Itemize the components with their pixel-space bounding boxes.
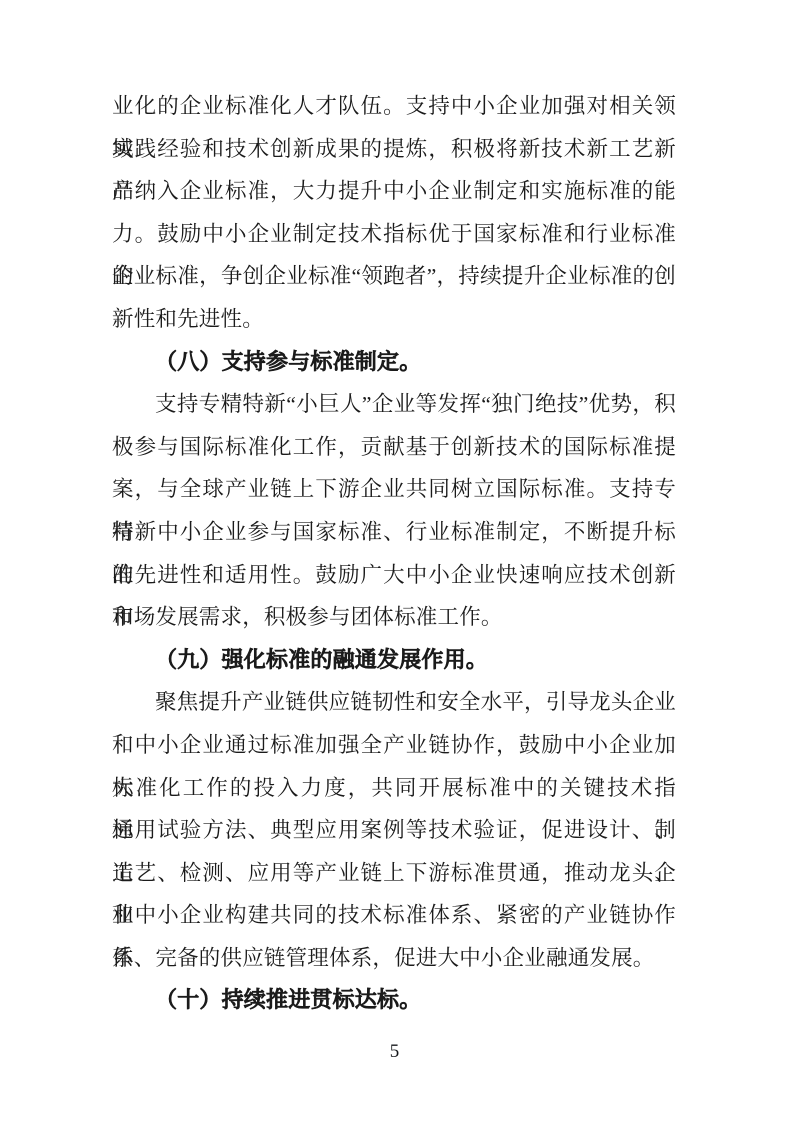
body-text-line: 品纳入企业标准，大力提升中小企业制定和实施标准的能: [112, 170, 676, 213]
body-text-line: 极参与国际标准化工作，贡献基于创新技术的国际标准提: [112, 426, 676, 469]
section-heading: （九）强化标准的融通发展作用。: [112, 639, 676, 682]
body-text-line: 通用试验方法、典型应用案例等技术验证，促进设计、制造、: [112, 809, 676, 852]
page-number: 5: [0, 1038, 789, 1066]
body-text-line: 聚焦提升产业链供应链韧性和安全水平，引导龙头企业: [112, 681, 676, 724]
document-page: 业化的企业标准化人才队伍。支持中小企业加强对相关领域实践经验和技术创新成果的提炼…: [0, 0, 789, 1123]
body-text-line: 力。鼓励中小企业制定技术指标优于国家标准和行业标准的: [112, 213, 676, 256]
body-text-line: 案，与全球产业链上下游企业共同树立国际标准。支持专精: [112, 468, 676, 511]
body-text-line: 实践经验和技术创新成果的提炼，积极将新技术新工艺新产: [112, 128, 676, 171]
body-text-line: 和中小企业构建共同的技术标准体系、紧密的产业链协作体: [112, 894, 676, 937]
body-text-line: 和中小企业通过标准加强全产业链协作，鼓励中小企业加大: [112, 724, 676, 767]
body-text-line: 工艺、检测、应用等产业链上下游标准贯通，推动龙头企业: [112, 852, 676, 895]
section-heading: （八）支持参与标准制定。: [112, 341, 676, 384]
document-body: 业化的企业标准化人才队伍。支持中小企业加强对相关领域实践经验和技术创新成果的提炼…: [112, 85, 676, 1022]
section-heading: （十）持续推进贯标达标。: [112, 979, 676, 1022]
body-text-line: 市场发展需求，积极参与团体标准工作。: [112, 596, 676, 639]
body-text-line: 特新中小企业参与国家标准、行业标准制定，不断提升标准: [112, 511, 676, 554]
body-text-line: 业化的企业标准化人才队伍。支持中小企业加强对相关领域: [112, 85, 676, 128]
body-text-line: 支持专精特新“小巨人”企业等发挥“独门绝技”优势，积: [112, 383, 676, 426]
body-text-line: 标准化工作的投入力度，共同开展标准中的关键技术指标、: [112, 767, 676, 810]
body-text-line: 新性和先进性。: [112, 298, 676, 341]
body-text-line: 的先进性和适用性。鼓励广大中小企业快速响应技术创新和: [112, 554, 676, 597]
body-text-line: 企业标准，争创企业标准“领跑者”，持续提升企业标准的创: [112, 255, 676, 298]
body-text-line: 系、完备的供应链管理体系，促进大中小企业融通发展。: [112, 937, 676, 980]
